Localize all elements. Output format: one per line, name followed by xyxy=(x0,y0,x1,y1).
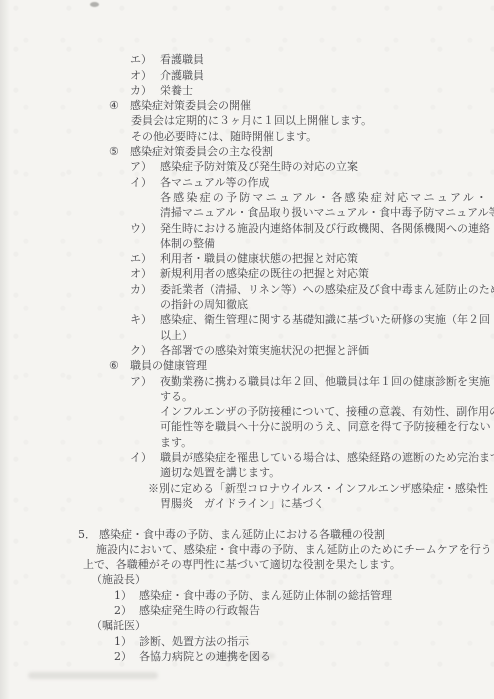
line-text: 各感染症の予防マニュアル・各感染症対応マニュアル・ xyxy=(160,191,489,204)
line-marker: ⑥ xyxy=(109,358,130,373)
document-line: イ）職員が感染症を罹患している場合は、感染経路の遮断のため完治まで xyxy=(0,435,494,450)
line-marker: ア） xyxy=(130,159,160,174)
line-text: 夜勤業務に携わる職員は年２回、他職員は年１回の健康診断を実施 xyxy=(160,375,490,388)
line-text: 発生時における施設内連絡体制及び行政機関、各関係機関への連絡 xyxy=(160,222,490,235)
line-marker: 1） xyxy=(114,588,139,603)
line-marker: ク） xyxy=(130,343,160,358)
line-text: 感染症・食中毒の予防、まん延防止体制の総括管理 xyxy=(139,589,392,602)
line-text: 感染症・食中毒の予防、まん延防止における各職種の役割 xyxy=(99,528,385,541)
line-marker: カ） xyxy=(130,282,160,297)
line-text: 感染症、衛生管理に関する基礎知識に基づいた研修の実施（年２回 xyxy=(160,313,490,326)
line-text: 委員会は定期的に３ヶ月に１回以上開催します。 xyxy=(131,114,372,127)
line-text: （施設長） xyxy=(91,573,146,586)
line-text: 職員の健康管理 xyxy=(130,359,207,372)
line-text: （嘱託医） xyxy=(91,619,146,632)
line-text: 委託業者（清掃、リネン等）への感染症及び食中毒まん延防止のため xyxy=(160,283,494,296)
document-line: ④感染症対策委員会の開催 xyxy=(0,83,494,98)
line-marker: カ） xyxy=(130,83,160,98)
line-marker: オ） xyxy=(130,266,160,281)
line-text: 感染症対策委員会の主な役割 xyxy=(130,145,273,158)
line-text: 感染症発生時の行政報告 xyxy=(139,604,260,617)
line-text: 栄養士 xyxy=(160,84,193,97)
document-line: カ）栄養士 xyxy=(0,68,494,83)
line-text: 胃腸炎 ガイドライン」に基づく xyxy=(160,497,324,510)
line-marker: ⑤ xyxy=(109,144,130,159)
line-marker: オ） xyxy=(130,68,160,83)
line-marker: ア） xyxy=(130,374,160,389)
line-text: する。 xyxy=(160,390,193,403)
line-text: 感染症対策委員会の開催 xyxy=(130,99,251,112)
line-text: 利用者・職員の健康状態の把握と対応策 xyxy=(160,252,358,265)
line-text: 可能性等を職員へ十分に説明のうえ、同意を得て予防接種を行ない xyxy=(160,420,491,433)
line-text: 介護職員 xyxy=(160,69,204,82)
line-marker: キ） xyxy=(130,312,160,327)
line-text: 適切な処置を講じます。 xyxy=(160,466,280,479)
document-page: エ）看護職員 オ）介護職員 カ）栄養士 ④感染症対策委員会の開催 委員会は定期的… xyxy=(0,0,494,699)
line-text: 各マニュアル等の作成 xyxy=(160,176,270,189)
document-line: 5．感染症・食中毒の予防、まん延防止における各職種の役割 xyxy=(0,511,494,526)
document-line: オ）介護職員 xyxy=(0,52,494,67)
document-line: インフルエンザの予防接種について、接種の意義、有効性、副作用の xyxy=(0,389,494,404)
line-text: 清掃マニュアル・食品取り扱いマニュアル・食中毒予防マニュアル等 xyxy=(160,206,494,219)
document-line: エ）看護職員 xyxy=(0,37,494,52)
line-marker: 1） xyxy=(114,634,139,649)
document-line: ク）各部署での感染対策実施状況の把握と評価 xyxy=(0,328,494,343)
line-marker: ウ） xyxy=(130,221,160,236)
line-text: インフルエンザの予防接種について、接種の意義、有効性、副作用の xyxy=(160,405,494,418)
line-marker: イ） xyxy=(130,450,160,465)
line-text: 各部署での感染対策実施状況の把握と評価 xyxy=(160,344,369,357)
line-text: 施設内において、感染症・食中毒の予防、まん延防止のためにチームケアを行う xyxy=(96,543,492,556)
line-marker: エ） xyxy=(130,52,160,67)
line-text: 以上） xyxy=(160,329,193,342)
document-body: エ）看護職員 オ）介護職員 カ）栄養士 ④感染症対策委員会の開催 委員会は定期的… xyxy=(0,0,494,649)
document-line: ア）夜勤業務に携わる職員は年２回、他職員は年１回の健康診断を実施 xyxy=(0,358,494,373)
line-text: 感染症予防対策及び発生時の対応の立案 xyxy=(160,160,358,173)
line-marker: ④ xyxy=(109,98,130,113)
line-text: 上で、各職種がその専門性に基づいて適切な役割を果たします。 xyxy=(83,558,401,571)
line-text: 職員が感染症を罹患している場合は、感染経路の遮断のため完治まで xyxy=(160,451,494,464)
line-marker: 2） xyxy=(114,603,139,618)
line-text: ※別に定める「新型コロナウイルス・インフルエンザ感染症・感染性 xyxy=(148,482,488,495)
line-text: ます。 xyxy=(160,436,192,449)
line-text: 体制の整備 xyxy=(160,237,215,250)
line-text: その他必要時には、随時開催します。 xyxy=(131,130,317,143)
document-line: エ）利用者・職員の健康状態の把握と対応策 xyxy=(0,236,494,251)
line-text: の指針の周知徹底 xyxy=(160,298,248,311)
line-marker: 2） xyxy=(114,649,139,664)
line-text: 新規利用者の感染症の既往の把握と対応策 xyxy=(160,267,369,280)
line-marker: エ） xyxy=(130,251,160,266)
line-text: 診断、処置方法の指示 xyxy=(139,635,249,648)
line-marker: 5． xyxy=(78,527,99,542)
line-text: 各協力病院との連携を図る xyxy=(139,650,271,663)
line-marker: イ） xyxy=(130,175,160,190)
line-text: 看護職員 xyxy=(160,53,204,66)
